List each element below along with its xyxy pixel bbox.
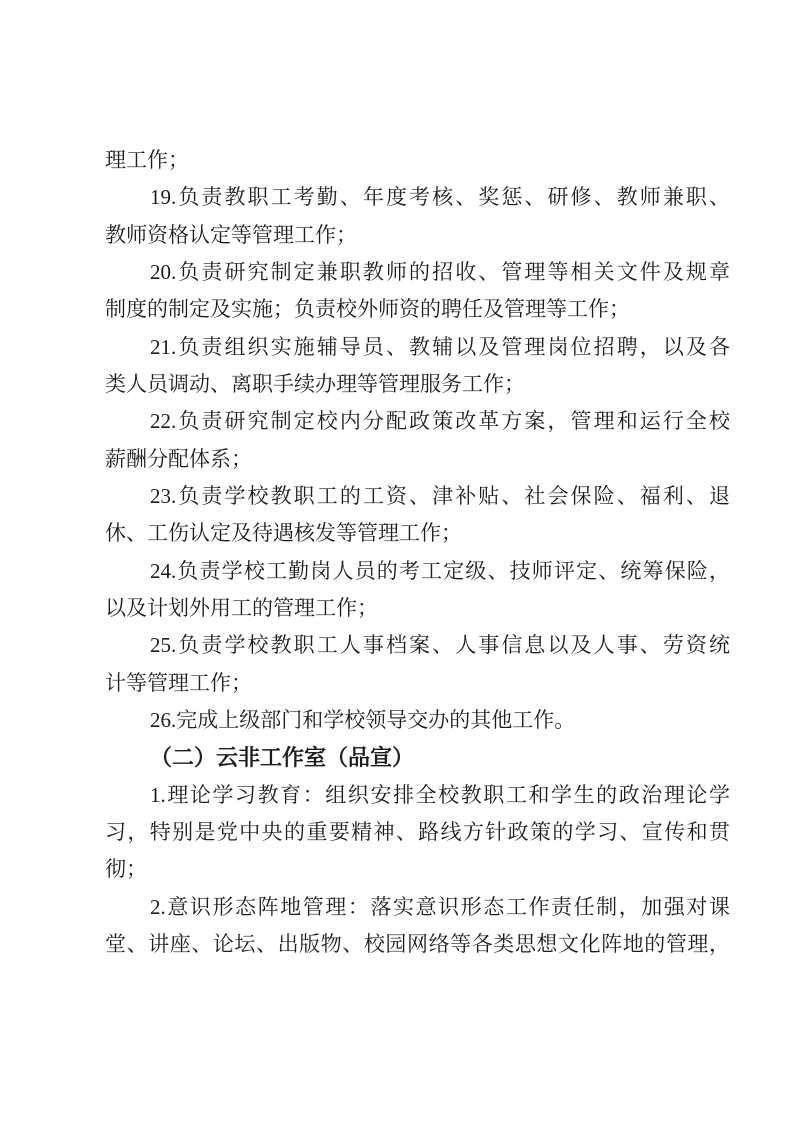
text-line: 2.意识形态阵地管理：落实意识形态工作责任制，加强对课 bbox=[105, 889, 730, 926]
text-line: 21.负责组织实施辅导员、教辅以及管理岗位招聘，以及各 bbox=[105, 329, 730, 366]
text-line: 24.负责学校工勤岗人员的考工定级、技师评定、统筹保险， bbox=[105, 553, 730, 590]
text-body: 理工作；19.负责教职工考勤、年度考核、奖惩、研修、教师兼职、教师资格认定等管理… bbox=[105, 142, 730, 963]
text-line: 19.负责教职工考勤、年度考核、奖惩、研修、教师兼职、 bbox=[105, 179, 730, 216]
section-heading: （二）云非工作室（品宣） bbox=[105, 739, 730, 776]
text-line: 制度的制定及实施；负责校外师资的聘任及管理等工作； bbox=[105, 291, 730, 328]
text-line: 25.负责学校教职工人事档案、人事信息以及人事、劳资统 bbox=[105, 627, 730, 664]
text-line: 23.负责学校教职工的工资、津补贴、社会保险、福利、退 bbox=[105, 478, 730, 515]
text-line: 理工作； bbox=[105, 142, 730, 179]
text-line: 26.完成上级部门和学校领导交办的其他工作。 bbox=[105, 702, 730, 739]
text-line: 1.理论学习教育：组织安排全校教职工和学生的政治理论学 bbox=[105, 777, 730, 814]
text-line: 休、工伤认定及待遇核发等管理工作； bbox=[105, 515, 730, 552]
text-line: 类人员调动、离职手续办理等管理服务工作； bbox=[105, 366, 730, 403]
text-line: 习，特别是党中央的重要精神、路线方针政策的学习、宣传和贯 bbox=[105, 814, 730, 851]
text-line: 堂、讲座、论坛、出版物、校园网络等各类思想文化阵地的管理， bbox=[105, 926, 730, 963]
text-line: 22.负责研究制定校内分配政策改革方案，管理和运行全校 bbox=[105, 403, 730, 440]
text-line: 教师资格认定等管理工作； bbox=[105, 217, 730, 254]
text-line: 计等管理工作； bbox=[105, 665, 730, 702]
text-line: 薪酬分配体系； bbox=[105, 441, 730, 478]
document-page: 理工作；19.负责教职工考勤、年度考核、奖惩、研修、教师兼职、教师资格认定等管理… bbox=[0, 0, 793, 1122]
text-line: 以及计划外用工的管理工作； bbox=[105, 590, 730, 627]
text-line: 20.负责研究制定兼职教师的招收、管理等相关文件及规章 bbox=[105, 254, 730, 291]
text-line: 彻； bbox=[105, 851, 730, 888]
